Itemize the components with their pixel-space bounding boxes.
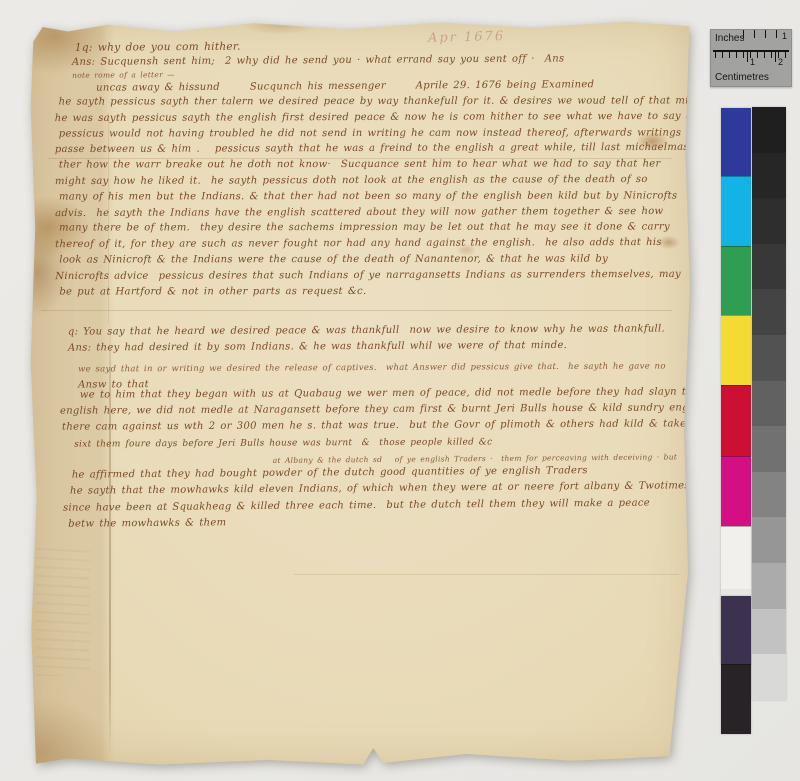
opening-question-block: 1q: why doe you com hither. Ans: Sucquen…: [72, 38, 594, 97]
powder-dutch-block: at Albany & the dutch sd of ye english T…: [63, 462, 690, 533]
manuscript-line: might say how he liked it. he sayth pess…: [55, 172, 675, 190]
grayscale-step: [752, 381, 786, 427]
grayscale-step: [752, 335, 786, 381]
manuscript-line: he was sayth pessicus sayth the english …: [55, 109, 675, 127]
color-patch-green: [721, 246, 751, 315]
manuscript-line: passe between us & him . pessicus sayth …: [55, 140, 675, 158]
manuscript-line: Ans: Sucquensh sent him; 2 why did he se…: [72, 53, 594, 68]
grayscale-step: [752, 517, 786, 563]
manuscript-line: many there be of them. they desire the s…: [59, 220, 679, 237]
color-patch-magenta: [721, 456, 751, 526]
grayscale-step: [752, 198, 786, 244]
manuscript-line: he sayth pessicus sayth ther talern we d…: [59, 93, 679, 110]
manuscript-interlinear-note: note rome of a letter —: [72, 67, 594, 80]
grayscale-step: [752, 426, 786, 472]
ink-showthrough-smudge: [36, 546, 90, 676]
ruler-cm-tick-2: [775, 52, 776, 62]
grayscale-step: [752, 654, 786, 700]
manuscript-line: ther how the warr breake out he doth not…: [59, 157, 679, 174]
grayscale-step: [752, 153, 786, 199]
manuscript-line: pessicus would not having troubled he di…: [59, 125, 679, 142]
grayscale-step: [752, 289, 786, 335]
question-answer-block: q: You say that he heard we desired peac…: [68, 321, 666, 393]
color-patch-black: [721, 664, 751, 734]
manuscript-line: be put at Hartford & not in other parts …: [59, 283, 679, 300]
archive-photo-background: Apr 1676 1q: why doe you com hither. Ans…: [0, 0, 800, 781]
grayscale-step: [752, 472, 786, 518]
grayscale-step: [752, 609, 786, 655]
ruler-centimetres-label: Centimetres: [715, 72, 769, 83]
fold-crease-horizontal-3: [294, 574, 679, 575]
manuscript-line: many of his men but the Indians. & that …: [59, 188, 679, 205]
ruler-cm-tick-1: [747, 52, 748, 62]
ruler-inch-ticks: [743, 30, 777, 38]
color-patch-white: [721, 526, 751, 589]
color-patch-blue: [721, 108, 751, 176]
color-patch-red: [721, 385, 751, 456]
grayscale-calibration-column: [752, 107, 786, 700]
manuscript-paper-wrap: Apr 1676 1q: why doe you com hither. Ans…: [28, 18, 692, 766]
grayscale-step: [752, 244, 786, 290]
manuscript-line: Ninicrofts advice pessicus desires that …: [55, 267, 675, 285]
ruler-inch-number-1: 1: [782, 31, 787, 41]
color-patch-cyan: [721, 176, 751, 246]
grayscale-step: [752, 107, 786, 153]
ruler-card: Inches 1 1 2 Centimetres: [710, 29, 792, 87]
manuscript-line: Ans: they had desired it by som Indians.…: [68, 337, 666, 356]
manuscript-line: uncas away & hissund Sucqunch his messen…: [96, 79, 594, 93]
ruler-inches-label: Inches: [715, 33, 744, 44]
ruler-cm-number-2: 2: [778, 57, 783, 67]
color-calibration-column: [721, 108, 751, 734]
quabaug-block: we to him that they began with us at Qua…: [60, 384, 708, 452]
manuscript-line: thereof of it, for they are such as neve…: [55, 235, 675, 253]
color-patch-yellow: [721, 315, 751, 385]
grayscale-step: [752, 563, 786, 609]
manuscript-line: look as Ninicroft & the Indians were the…: [59, 251, 679, 268]
color-patch-violet: [721, 596, 751, 664]
ruler-cm-number-1: 1: [750, 57, 755, 67]
examination-main-block: he sayth pessicus sayth ther talern we d…: [55, 93, 676, 301]
fold-crease-horizontal-2: [41, 310, 672, 311]
manuscript-page: Apr 1676 1q: why doe you com hither. Ans…: [28, 18, 692, 766]
manuscript-line: 1q: why doe you com hither.: [75, 38, 594, 54]
